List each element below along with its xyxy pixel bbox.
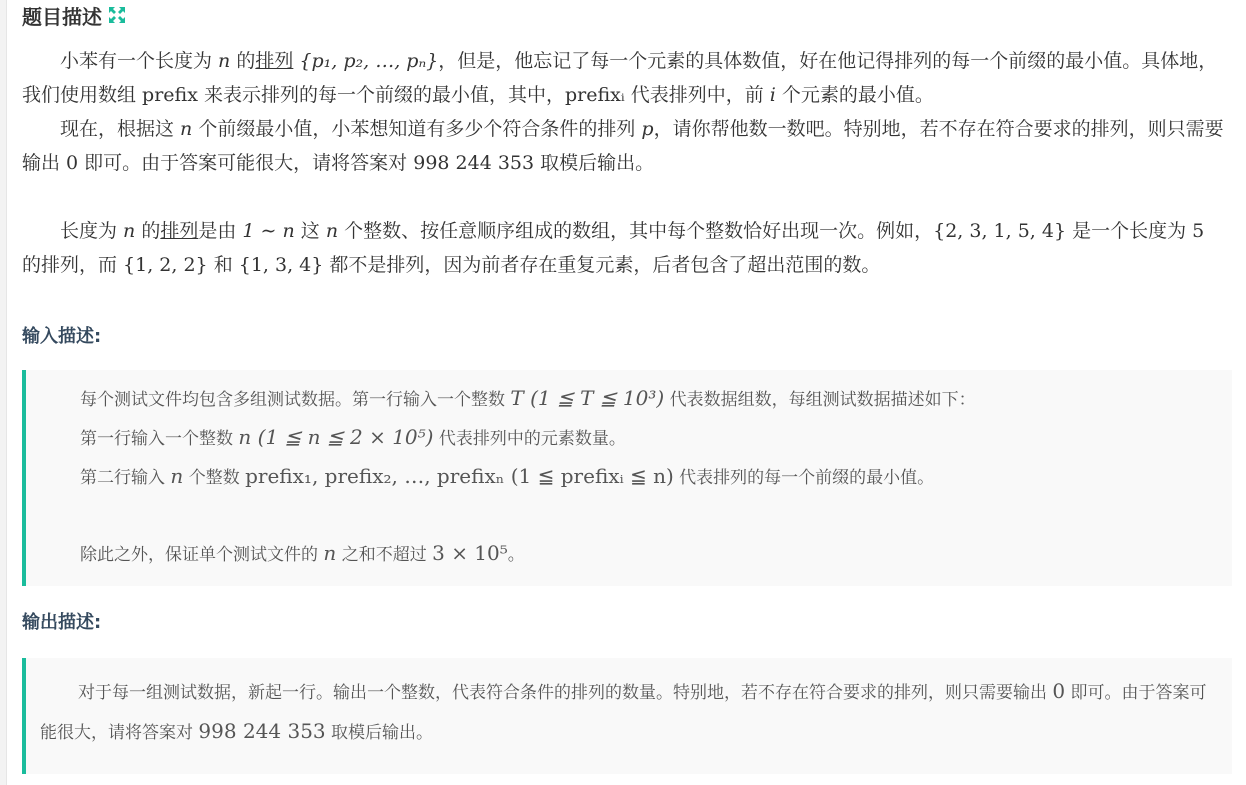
math-example-2: {1, 2, 2} <box>123 254 208 276</box>
output-section-title: 输出描述: <box>22 608 1246 634</box>
math-prefix: prefix <box>142 84 198 106</box>
permutation-link[interactable]: 排列 <box>160 220 198 242</box>
math-n: n <box>123 220 135 242</box>
text: 是由 <box>198 220 242 242</box>
math-example-1: {2, 3, 1, 5, 4} <box>933 220 1066 242</box>
text: 之和不超过 <box>336 545 432 565</box>
output-line-1: 对于每一组测试数据，新起一行。输出一个整数，代表符合条件的排列的数量。特别地，若… <box>40 672 1220 752</box>
math-n: n <box>323 541 336 565</box>
text: 即可。由于答案可能很大，请将答案对 <box>78 152 413 174</box>
math-five: 5 <box>1192 220 1204 242</box>
input-description-block: 每个测试文件均包含多组测试数据。第一行输入一个整数 T (1 ≦ T ≦ 10³… <box>22 370 1232 586</box>
text: 每个测试文件均包含多组测试数据。第一行输入一个整数 <box>80 390 510 410</box>
left-edge-border <box>0 0 7 785</box>
math-modulus: 998 244 353 <box>413 152 534 174</box>
math-n: n <box>170 464 183 488</box>
text: 来表示排列的每一个前缀的最小值，其中， <box>198 84 565 106</box>
output-description-block: 对于每一组测试数据，新起一行。输出一个整数，代表符合条件的排列的数量。特别地，若… <box>22 658 1232 774</box>
title-row: 题目描述 <box>22 0 1246 30</box>
text: 长度为 <box>60 220 123 242</box>
text: 是一个长度为 <box>1066 220 1192 242</box>
math-n-constraint: n (1 ≦ n ≦ 2 × 10⁵) <box>238 425 433 449</box>
permutation-link[interactable]: 排列 <box>255 50 293 72</box>
math-modulus: 998 244 353 <box>198 719 325 743</box>
text: 个整数 <box>183 468 245 488</box>
description-paragraph-1: 小苯有一个长度为 n 的排列 {p₁, p₂, …, pₙ}，但是，他忘记了每一… <box>22 44 1227 112</box>
text: 第二行输入 <box>80 468 170 488</box>
text: 现在，根据这 <box>60 118 180 140</box>
math-zero: 0 <box>1052 679 1065 703</box>
text: 第一行输入一个整数 <box>80 429 238 449</box>
math-t-constraint: T (1 ≦ T ≦ 10³) <box>510 386 664 410</box>
text: 都不是排列，因为前者存在重复元素，后者包含了超出范围的数。 <box>323 254 880 276</box>
input-line-3: 第二行输入 n 个整数 prefix₁, prefix₂, …, prefixₙ… <box>80 458 1212 497</box>
text: 取模后输出。 <box>326 723 433 743</box>
text: 的 <box>135 220 160 242</box>
description-paragraph-2: 现在，根据这 n 个前缀最小值，小苯想知道有多少个符合条件的排列 p，请你帮他数… <box>22 112 1227 180</box>
expand-icon[interactable] <box>108 6 126 24</box>
math-prefix-list: prefix₁, prefix₂, …, prefixₙ (1 ≦ prefix… <box>245 464 674 488</box>
text: 取模后输出。 <box>534 152 654 174</box>
text: 除此之外，保证单个测试文件的 <box>80 545 323 565</box>
text: 代表排列的每一个前缀的最小值。 <box>674 468 934 488</box>
text: 代表排列中的元素数量。 <box>433 429 625 449</box>
input-line-4: 除此之外，保证单个测试文件的 n 之和不超过 3 × 10⁵。 <box>80 535 1212 574</box>
input-line-1: 每个测试文件均包含多组测试数据。第一行输入一个整数 T (1 ≦ T ≦ 10³… <box>80 380 1212 419</box>
description-paragraph-3: 长度为 n 的排列是由 1 ∼ n 这 n 个整数、按任意顺序组成的数组，其中每… <box>22 214 1227 282</box>
page-title: 题目描述 <box>22 1 102 30</box>
math-sum-limit: 3 × 10⁵ <box>432 541 508 565</box>
text: 代表数据组数，每组测试数据描述如下： <box>664 390 975 410</box>
text: 对于每一组测试数据，新起一行。输出一个整数，代表符合条件的排列的数量。特别地，若… <box>78 683 1052 703</box>
text: 代表排列中，前 <box>625 84 770 106</box>
spacer <box>80 497 1212 535</box>
math-range: 1 ∼ n <box>242 220 294 242</box>
math-zero: 0 <box>66 152 78 174</box>
problem-content: 题目描述 小苯有一个长度为 n 的排列 {p₁, p₂, …, pₙ}，但是，他… <box>22 0 1246 774</box>
text: 个前缀最小值，小苯想知道有多少个符合条件的排列 <box>192 118 641 140</box>
spacer <box>22 180 1227 214</box>
math-prefix-i: prefixᵢ <box>565 84 625 106</box>
text: 。 <box>508 545 525 565</box>
text: 小苯有一个长度为 <box>60 50 218 72</box>
math-n: n <box>326 220 338 242</box>
text: 个元素的最小值。 <box>776 84 934 106</box>
text: 的 <box>230 50 255 72</box>
input-section-title: 输入描述: <box>22 322 1246 348</box>
problem-description: 小苯有一个长度为 n 的排列 {p₁, p₂, …, pₙ}，但是，他忘记了每一… <box>22 44 1227 282</box>
math-n: n <box>180 118 192 140</box>
text: 个整数、按任意顺序组成的数组，其中每个整数恰好出现一次。例如， <box>338 220 933 242</box>
math-set: {p₁, p₂, …, pₙ} <box>293 50 438 72</box>
text: 的排列，而 <box>22 254 123 276</box>
math-n: n <box>218 50 230 72</box>
math-p: p <box>641 118 653 140</box>
math-example-3: {1, 3, 4} <box>239 254 324 276</box>
text: 这 <box>295 220 326 242</box>
input-line-2: 第一行输入一个整数 n (1 ≦ n ≦ 2 × 10⁵) 代表排列中的元素数量… <box>80 419 1212 458</box>
text: 和 <box>208 254 239 276</box>
